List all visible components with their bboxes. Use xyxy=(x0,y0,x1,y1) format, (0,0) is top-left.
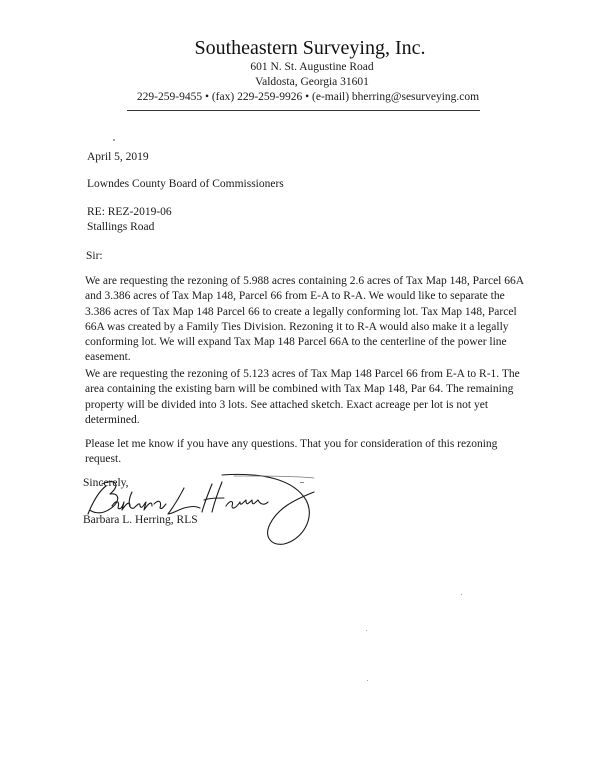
scan-speck xyxy=(366,630,367,631)
paragraph-line: conforming lot. We will expand Tax Map 1… xyxy=(85,335,525,350)
recipient: Lowndes County Board of Commissioners xyxy=(87,177,284,192)
letterhead-divider xyxy=(127,110,480,111)
paragraph-line: 66A was created by a Family Ties Divisio… xyxy=(85,320,525,335)
scan-speck xyxy=(113,139,115,141)
paragraph-line: area containing the existing barn will b… xyxy=(85,382,525,397)
contact-info: 229-259-9455 • (fax) 229-259-9926 • (e-m… xyxy=(16,90,600,105)
paragraph-line: property will be divided into 3 lots. Se… xyxy=(85,398,525,413)
paragraph-line: request. xyxy=(85,452,525,467)
scan-speck xyxy=(367,680,368,681)
address-street: 601 N. St. Augustine Road xyxy=(24,60,600,75)
paragraph-1: We are requesting the rezoning of 5.988 … xyxy=(85,274,525,366)
re-line: RE: REZ-2019-06 xyxy=(87,205,172,220)
signer-name: Barbara L. Herring, RLS xyxy=(83,513,198,528)
re-street: Stallings Road xyxy=(87,220,154,235)
paragraph-line: and 3.386 acres of Tax Map 148, Parcel 6… xyxy=(85,289,525,304)
address-city: Valdosta, Georgia 31601 xyxy=(24,75,600,90)
paragraph-3: Please let me know if you have any quest… xyxy=(85,437,525,468)
paragraph-2: We are requesting the rezoning of 5.123 … xyxy=(85,367,525,428)
letter-date: April 5, 2019 xyxy=(87,150,149,165)
scan-speck xyxy=(300,482,304,483)
paragraph-line: Please let me know if you have any quest… xyxy=(85,437,525,452)
paragraph-line: determined. xyxy=(85,413,525,428)
paragraph-line: 3.386 acres of Tax Map 148 Parcel 66 to … xyxy=(85,305,525,320)
letterhead: Southeastern Surveying, Inc. 601 N. St. … xyxy=(0,36,600,105)
salutation: Sir: xyxy=(86,249,103,264)
paragraph-line: We are requesting the rezoning of 5.988 … xyxy=(85,274,525,289)
paragraph-line: easement. xyxy=(85,350,525,365)
scan-speck xyxy=(461,594,462,595)
company-name: Southeastern Surveying, Inc. xyxy=(20,36,600,60)
paragraph-line: We are requesting the rezoning of 5.123 … xyxy=(85,367,525,382)
